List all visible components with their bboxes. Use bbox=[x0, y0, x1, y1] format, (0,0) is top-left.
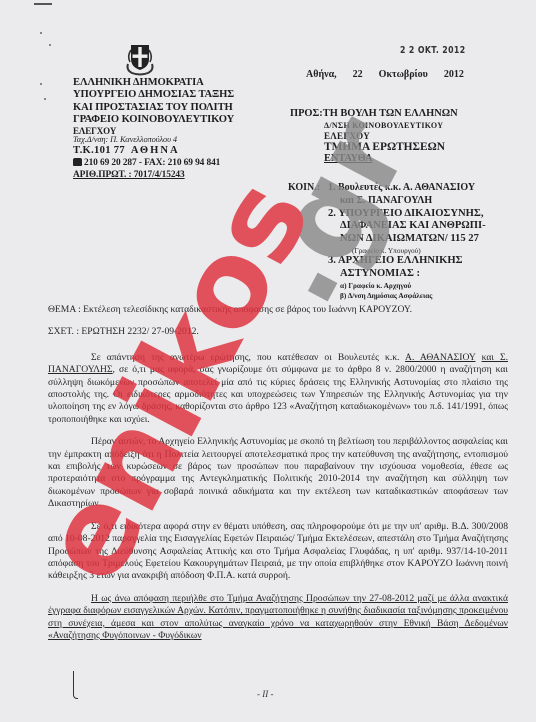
cc-item-cont: ΝΩΝ ΔΙΚΑΙΩΜΑΤΩΝ/ 115 27 bbox=[328, 233, 528, 246]
letter-body: ΘΕΜΑ : Εκτέλεση τελεσίδικης καταδικαστικ… bbox=[48, 304, 508, 642]
recipient-department: ΕΛΕΓΧΟΥ bbox=[290, 131, 458, 141]
mp-name: Α. ΑΘΑΝΑΣΙΟΥ bbox=[405, 352, 475, 363]
document-date: Αθήνα,22Οκτωβρίου2012 bbox=[306, 69, 464, 80]
letterhead: ΕΛΛΗΝΙΚΗ ΔΗΜΟΚΡΑΤΙΑ ΥΠΟΥΡΓΕΙΟ ΔΗΜΟΣΙΑΣ Τ… bbox=[73, 77, 273, 182]
subject-line: ΘΕΜΑ : Εκτέλεση τελεσίδικης καταδικαστικ… bbox=[48, 304, 508, 316]
letterhead-line: ΚΑΙ ΠΡΟΣΤΑΣΙΑΣ ΤΟΥ ΠΟΛΙΤΗ bbox=[73, 102, 273, 114]
date-year: 2012 bbox=[444, 69, 464, 80]
date-day: 22 bbox=[353, 69, 363, 80]
address: Ταχ.Δ/νση: Π. Κανελλοπούλου 4 bbox=[73, 134, 273, 145]
cc-subitem: α) Γραφείο κ. Αρχηγού bbox=[328, 281, 528, 291]
paragraph-text: , σε ό,τι μας αφορά, σας γνωρίζουμε ότι … bbox=[48, 364, 508, 425]
telephone-icon bbox=[73, 158, 82, 166]
cc-item: 3. ΑΡΧΗΓΕΙΟ ΕΛΛΗΝΙΚΗΣ bbox=[328, 255, 528, 268]
reference-line: ΣΧΕΤ. : ΕΡΩΤΗΣΗ 2232/ 27-09-2012. bbox=[48, 326, 508, 338]
cc-item: 2. ΥΠΟΥΡΓΕΙΟ ΔΙΚΑΙΟΣΥΝΗΣ, bbox=[328, 208, 528, 221]
paragraph: Σε ό,τι ειδικότερα αφορά στην εν θέματι … bbox=[48, 521, 508, 583]
letterhead-line-truncated: ΕΛΕΓΧΟΥ bbox=[73, 127, 273, 134]
recipient-department: Δ/ΝΣΗ ΚΟΙΝΟΒΟΥΛΕΥΤΙΚΟΥ bbox=[290, 121, 458, 131]
cc-item-cont: και Σ. ΠΑΝΑΓΟΥΛΗ bbox=[328, 195, 528, 208]
letterhead-line: ΓΡΑΦΕΙΟ ΚΟΙΝΟΒΟΥΛΕΥΤΙΚΟΥ bbox=[73, 114, 273, 126]
paragraph-text: Σε απάντηση της ανωτέρω ερώτησης, που κα… bbox=[91, 352, 405, 363]
phone-fax-text: 210 69 20 287 - FAX: 210 69 94 841 bbox=[84, 158, 220, 168]
phone-fax: 210 69 20 287 - FAX: 210 69 94 841 bbox=[73, 157, 273, 169]
cc-subitem: β) Δ/νση Δημόσιας Ασφάλειας bbox=[328, 291, 528, 301]
recipient-location: ΕΝΤΑΥΘΑ bbox=[290, 153, 458, 166]
cc-item-note: (Γραφείο κ. Υπουργού) bbox=[328, 246, 528, 256]
protocol-number: ΑΡΙΘ.ΠΡΩΤ. : 7017/4/15243 bbox=[73, 169, 273, 181]
recipient-prefix: ΠΡΟΣ: bbox=[290, 108, 323, 119]
letterhead-line: ΥΠΟΥΡΓΕΙΟ ΔΗΜΟΣΙΑΣ ΤΑΞΗΣ bbox=[73, 89, 273, 101]
recipient-line: ΠΡΟΣ:ΤΗ ΒΟΥΛΗ ΤΩΝ ΕΛΛΗΝΩΝ bbox=[290, 108, 458, 121]
recipient-section: ΤΜΗΜΑ ΕΡΩΤΗΣΕΩΝ bbox=[290, 141, 458, 154]
handwritten-bracket-mark bbox=[73, 671, 78, 699]
cc-item-cont: ΔΙΑΦΑΝΕΙΑΣ ΚΑΙ ΑΝΘΡΩΠΙ- bbox=[328, 220, 528, 233]
date-month: Οκτωβρίου bbox=[379, 69, 428, 80]
cc-list: 1. Βουλευτές κ.κ. Α. ΑΘΑΝΑΣΙΟΥ και Σ. ΠΑ… bbox=[328, 182, 528, 301]
city: ΑΘΗΝΑ bbox=[131, 145, 180, 156]
received-date-stamp: 2 2 OKT. 2012 bbox=[400, 45, 466, 56]
scan-speck bbox=[40, 83, 42, 85]
paragraph: Σε απάντηση της ανωτέρω ερώτησης, που κα… bbox=[48, 352, 508, 426]
recipient-block: ΠΡΟΣ:ΤΗ ΒΟΥΛΗ ΤΩΝ ΕΛΛΗΝΩΝ Δ/ΝΣΗ ΚΟΙΝΟΒΟΥ… bbox=[290, 108, 458, 166]
recipient-name: ΤΗ ΒΟΥΛΗ ΤΩΝ ΕΛΛΗΝΩΝ bbox=[323, 108, 458, 119]
paragraph: Πέραν αυτών, το Αρχηγείο Ελληνικής Αστυν… bbox=[48, 436, 508, 510]
page-number: - II - bbox=[257, 689, 274, 699]
date-place: Αθήνα, bbox=[306, 69, 337, 80]
cc-item-cont: ΑΣΤΥΝΟΜΙΑΣ : bbox=[328, 268, 528, 281]
postcode-city: Τ.Κ.101 77 ΑΘΗΝΑ bbox=[73, 145, 273, 157]
paragraph-underlined: Η ως άνω απόφαση περιήλθε στο Τμήμα Αναζ… bbox=[48, 593, 508, 643]
letterhead-line: ΕΛΛΗΝΙΚΗ ΔΗΜΟΚΡΑΤΙΑ bbox=[73, 77, 273, 89]
postcode: Τ.Κ.101 77 bbox=[73, 145, 125, 156]
scan-speck bbox=[44, 98, 46, 100]
scanned-document-page: ΕΛΛΗΝΙΚΗ ΔΗΜΟΚΡΑΤΙΑ ΥΠΟΥΡΓΕΙΟ ΔΗΜΟΣΙΑΣ Τ… bbox=[0, 0, 536, 722]
cc-item: 1. Βουλευτές κ.κ. Α. ΑΘΑΝΑΣΙΟΥ bbox=[328, 182, 528, 195]
scan-speck bbox=[40, 32, 42, 34]
scan-artifact bbox=[34, 3, 52, 5]
greek-coat-of-arms-icon bbox=[122, 40, 158, 76]
scan-speck bbox=[49, 44, 51, 46]
cc-label: ΚΟΙΝ.: bbox=[288, 182, 320, 195]
